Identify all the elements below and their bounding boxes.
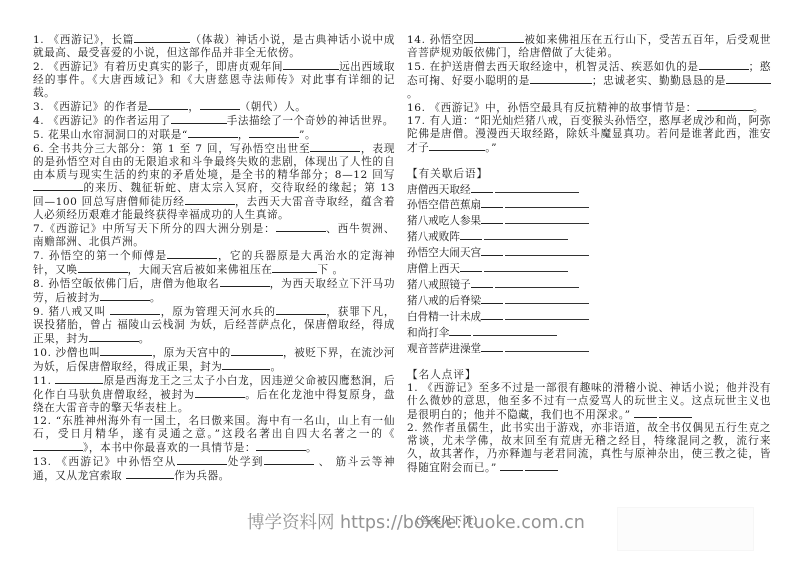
comment-1: 1. 《西游记》至多不过是一部很有趣味的滑稽小说、神话小说；他并没有什么微妙的意… xyxy=(407,382,771,422)
dash xyxy=(481,297,503,304)
answer-blank[interactable] xyxy=(89,332,139,342)
answer-blank[interactable] xyxy=(33,441,83,451)
answer-blank[interactable] xyxy=(473,324,557,336)
list-item: 和尚打伞 xyxy=(407,324,771,340)
list-item: 唐僧西天取经 xyxy=(407,181,771,197)
dash xyxy=(481,217,503,224)
question-2: 2. 《西游记》有着历史真实的影子，即唐贞观年间远出西域取经的事件。《大唐西域记… xyxy=(33,60,395,100)
list-item: 孙悟空借芭蕉扇 xyxy=(407,196,771,212)
answer-blank[interactable] xyxy=(726,74,771,84)
answer-blank[interactable] xyxy=(276,222,326,232)
answer-blank[interactable] xyxy=(276,305,326,315)
question-9: 9. 猪八戒又叫 ，原为管理天河水兵的，获罪下凡，误投猪胎，曾占 福陵山云栈洞 … xyxy=(33,305,395,346)
question-16: 16. 《西游记》中，孙悟空最具有反抗精神的故事情节是：。 xyxy=(407,101,771,115)
answer-blank[interactable] xyxy=(100,346,152,356)
question-10: 10. 沙僧也叫，原为天宫中的，被贬下界，在流沙河 为妖，后保唐僧取经，得成正果… xyxy=(33,346,395,374)
answer-blank[interactable] xyxy=(505,212,589,224)
dash xyxy=(481,345,503,352)
dash xyxy=(471,281,493,288)
list-item: 白骨精一计未成 xyxy=(407,308,771,324)
question-17: 17. 有人道：“阳光灿烂猪八戒，百变猴头孙悟空，憨厚老成沙和尚，阿弥陀佛是唐僧… xyxy=(407,115,771,155)
question-5: 5. 花果山水帘洞洞口的对联是“，”。 xyxy=(33,128,395,142)
list-item: 猪八戒照镜子 xyxy=(407,276,771,292)
answer-blank[interactable] xyxy=(100,291,150,301)
answer-blank[interactable] xyxy=(33,181,83,191)
watermark: 博学资料网 https://boxue.ituoke.com.cn xyxy=(247,509,585,534)
question-14: 14. 孙悟空因被如来佛祖压在五行山下，受苦五百年，后受观世音菩萨规劝皈依佛门，… xyxy=(407,33,771,60)
question-8: 8. 孙悟空皈依佛门后，唐僧为他取名，为西天取经立下汗马功劳，后被封为。 xyxy=(33,277,395,305)
answer-blank[interactable] xyxy=(505,292,589,304)
answer-blank[interactable] xyxy=(659,408,692,418)
answer-blank[interactable] xyxy=(272,263,317,273)
answer-blank[interactable] xyxy=(220,277,270,287)
answer-blank[interactable] xyxy=(177,455,227,465)
comments-title: 【名人点评】 xyxy=(407,369,771,382)
question-13: 13. 《西游记》中孙悟空从处学到 、 筋斗云等神通，又从龙宫索取 作为兵器。 xyxy=(33,455,395,483)
answer-blank[interactable] xyxy=(505,196,589,208)
question-7b: 7. 孙悟空的第一个师傅是，它的兵器原是大禹治水的定海神针，又唤，大闹天宫后被如… xyxy=(33,249,395,277)
answer-blank[interactable] xyxy=(530,74,592,84)
answer-blank[interactable] xyxy=(505,244,589,256)
question-1: 1. 《西游记》，长篇（体裁）神话小说，是古典神话小说中成就最高、最受喜爱的小说… xyxy=(33,33,395,60)
question-12: 12. “东胜神州海外有一国土，名曰傲来国。海中有一名山，山上有一仙石，受日月精… xyxy=(33,415,395,455)
list-item: 猪八戒败阵 xyxy=(407,228,771,244)
answer-blank[interactable] xyxy=(484,260,568,272)
answer-blank[interactable] xyxy=(495,181,579,193)
xiehouyu-list: 唐僧西天取经 孙悟空借芭蕉扇 猪八戒吃人参果 猪八戒败阵 孙悟空大闹天宫 唐僧上… xyxy=(407,181,771,356)
answer-blank[interactable] xyxy=(699,60,749,70)
answer-blank[interactable] xyxy=(167,249,217,259)
list-item: 猪八戒吃人参果 xyxy=(407,212,771,228)
question-6: 6. 全书共分三大部分：第 1 至 7 回，写孙悟空出世至，表现的是孙悟空对自由… xyxy=(33,142,395,223)
list-item: 孙悟空大闹天宫 xyxy=(407,244,771,260)
question-3: 3. 《西游记》的作者是，（朝代）人。 xyxy=(33,100,395,114)
xiehouyu-title: 【有关歇后语】 xyxy=(407,168,771,181)
answer-blank[interactable] xyxy=(55,374,103,384)
question-4: 4. 《西游记》的作者运用了手法描绘了一个奇妙的神话世界。 xyxy=(33,114,395,128)
dash xyxy=(634,412,657,418)
dash xyxy=(460,233,482,240)
answer-blank[interactable] xyxy=(474,33,524,43)
answer-blank[interactable] xyxy=(525,461,558,471)
blank-overlay-box xyxy=(617,507,754,551)
answer-blank[interactable] xyxy=(110,305,160,315)
question-7a: 7.《西游记》中所写天下所分的四大洲分别是：、西牛贺洲、南赡部洲、北俱芦洲。 xyxy=(33,222,395,249)
dash xyxy=(481,201,503,208)
answer-blank[interactable] xyxy=(505,340,589,352)
right-column: 14. 孙悟空因被如来佛祖压在五行山下，受苦五百年，后受观世音菩萨规劝皈依佛门，… xyxy=(407,33,771,475)
answer-blank[interactable] xyxy=(283,60,339,70)
answer-blank[interactable] xyxy=(231,346,283,356)
dash xyxy=(471,186,493,193)
answer-blank[interactable] xyxy=(484,228,568,240)
left-column: 1. 《西游记》，长篇（体裁）神话小说，是古典神话小说中成就最高、最受喜爱的小说… xyxy=(33,33,395,482)
answer-blank[interactable] xyxy=(264,455,314,465)
answer-blank[interactable] xyxy=(256,441,306,451)
answer-blank[interactable] xyxy=(249,128,299,138)
answer-blank[interactable] xyxy=(310,142,360,152)
dash xyxy=(500,465,523,471)
answer-blank[interactable] xyxy=(195,388,245,398)
dash xyxy=(449,329,471,336)
list-item: 猪八戒的后脊梁 xyxy=(407,292,771,308)
list-item: 观音菩萨进澡堂 xyxy=(407,340,771,356)
answer-blank[interactable] xyxy=(126,469,174,479)
answer-blank[interactable] xyxy=(134,33,190,43)
comment-2: 2. 然作者虽儒生，此书实出于游戏，亦非语道，故全书仅偶见五行生克之常谈，尤未学… xyxy=(407,422,771,475)
answer-blank[interactable] xyxy=(222,360,270,370)
answer-blank[interactable] xyxy=(495,276,579,288)
answer-blank[interactable] xyxy=(171,114,227,124)
answer-blank[interactable] xyxy=(185,195,235,205)
dash xyxy=(460,265,482,272)
list-item: 唐僧上西天 xyxy=(407,260,771,276)
dash xyxy=(481,313,503,320)
dash xyxy=(481,249,503,256)
answer-blank[interactable] xyxy=(148,100,188,110)
answer-blank[interactable] xyxy=(200,100,240,110)
answer-blank[interactable] xyxy=(188,128,238,138)
question-15: 15. 在护送唐僧去西天取经途中，机智灵活、疾恶如仇的是；憨态可掬、好耍小聪明的… xyxy=(407,60,771,101)
answer-blank[interactable] xyxy=(78,263,128,273)
answer-blank[interactable] xyxy=(429,141,485,151)
answer-blank[interactable] xyxy=(505,308,589,320)
answer-blank[interactable] xyxy=(697,101,753,111)
question-11: 11. 原是西海龙王之三太子小白龙，因违逆父命被囚鹰愁涧，后化作白马驮负唐僧取经… xyxy=(33,374,395,415)
